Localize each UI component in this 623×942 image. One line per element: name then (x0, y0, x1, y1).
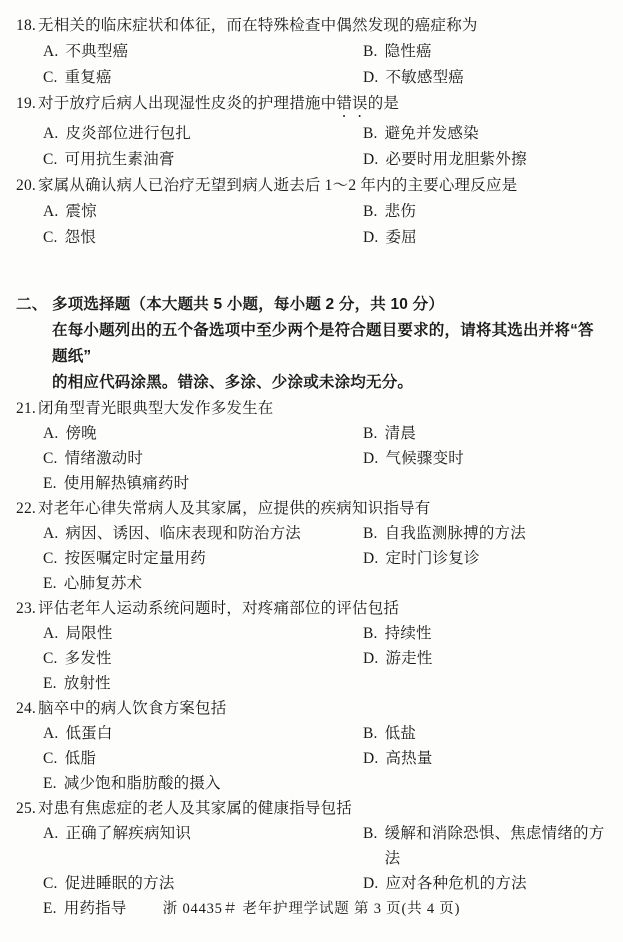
option-label: A. (43, 421, 58, 446)
option-A: A.不典型癌 (43, 39, 363, 65)
option-text: 游走性 (385, 646, 432, 671)
option-text: 悲伤 (385, 199, 416, 225)
option-B: B.清晨 (363, 421, 609, 446)
option-C: C.低脂 (43, 746, 363, 771)
options: A.不典型癌B.隐性癌C.重复癌D.不敏感型癌 (16, 39, 609, 91)
options: A.低蛋白B.低盐C.低脂D.高热量E.减少饱和脂肪酸的摄入 (16, 721, 609, 796)
section-two-instructions: 在每小题列出的五个备选项中至少两个是符合题目要求的，请将其选出并将“答题纸” 的… (16, 318, 609, 396)
option-label: D. (363, 147, 378, 173)
option-label: A. (43, 199, 58, 225)
option-label: B. (363, 721, 378, 746)
question-stem: 对于放疗后病人出现湿性皮炎的护理措施中错误的是 (38, 91, 609, 121)
option-label: C. (43, 646, 58, 671)
option-text: 不典型癌 (65, 39, 128, 65)
option-text: 清晨 (385, 421, 416, 446)
option-text: 高热量 (385, 746, 432, 771)
option-E: E.放射性 (43, 671, 609, 696)
option-text: 减少饱和脂肪酸的摄入 (64, 771, 221, 796)
option-label: A. (43, 521, 58, 546)
question-stem-row: 22.对老年心律失常病人及其家属，应提供的疾病知识指导有 (16, 496, 609, 521)
option-label: B. (363, 39, 378, 65)
question-18: 18.无相关的临床症状和体征，而在特殊检查中偶然发现的癌症称为A.不典型癌B.隐… (16, 13, 609, 91)
option-text: 定时门诊复诊 (385, 546, 479, 571)
option-D: D.高热量 (363, 746, 609, 771)
footer-text: 浙 04435＃ 老年护理学试题 第 3 页(共 4 页) (163, 901, 460, 917)
option-label: C. (43, 446, 58, 471)
question-stem-row: 25.对患有焦虑症的老人及其家属的健康指导包括 (16, 796, 609, 821)
option-label: A. (43, 621, 58, 646)
question-21: 21.闭角型青光眼典型大发作多发生在A.傍晚B.清晨C.情绪激动时D.气候骤变时… (16, 396, 609, 496)
question-number: 19. (16, 91, 38, 121)
option-text: 傍晚 (65, 421, 96, 446)
option-E: E.减少饱和脂肪酸的摄入 (43, 771, 609, 796)
option-label: D. (363, 546, 378, 571)
question-stem: 闭角型青光眼典型大发作多发生在 (38, 396, 609, 421)
option-A: A.低蛋白 (43, 721, 363, 746)
question-number: 21. (16, 396, 38, 421)
option-C: C.重复癌 (43, 65, 363, 91)
option-label: C. (43, 225, 58, 251)
option-A: A.正确了解疾病知识 (43, 821, 363, 871)
question-number: 25. (16, 796, 38, 821)
page-footer: 浙 04435＃ 老年护理学试题 第 3 页(共 4 页) (0, 897, 623, 918)
option-label: D. (363, 871, 378, 896)
option-B: B.持续性 (363, 621, 609, 646)
option-text: 隐性癌 (385, 39, 432, 65)
section-number: 二、 (16, 292, 52, 318)
option-B: B.自我监测脉搏的方法 (363, 521, 609, 546)
option-text: 低盐 (385, 721, 416, 746)
option-label: D. (363, 225, 378, 251)
option-B: B.隐性癌 (363, 39, 609, 65)
option-A: A.震惊 (43, 199, 363, 225)
option-text: 避免并发感染 (385, 121, 479, 147)
option-label: B. (363, 421, 378, 446)
option-text: 不敏感型癌 (385, 65, 464, 91)
option-text: 低蛋白 (65, 721, 112, 746)
option-text: 皮炎部位进行包扎 (65, 121, 191, 147)
option-text: 正确了解疾病知识 (65, 821, 191, 871)
option-label: C. (43, 147, 58, 173)
option-B: B.悲伤 (363, 199, 609, 225)
option-label: D. (363, 646, 378, 671)
option-D: D.气候骤变时 (363, 446, 609, 471)
multi-choice-questions-block: 21.闭角型青光眼典型大发作多发生在A.傍晚B.清晨C.情绪激动时D.气候骤变时… (16, 396, 609, 921)
question-stem-row: 24.脑卒中的病人饮食方案包括 (16, 696, 609, 721)
option-label: B. (363, 199, 378, 225)
option-text: 委屈 (385, 225, 416, 251)
options: A.震惊B.悲伤C.怨恨D.委屈 (16, 199, 609, 251)
option-text: 可用抗生素油膏 (65, 147, 175, 173)
question-24: 24.脑卒中的病人饮食方案包括A.低蛋白B.低盐C.低脂D.高热量E.减少饱和脂… (16, 696, 609, 796)
option-text: 持续性 (385, 621, 432, 646)
option-text: 使用解热镇痛药时 (64, 471, 190, 496)
option-label: E. (43, 471, 57, 496)
question-20: 20.家属从确认病人已治疗无望到病人逝去后 1～2 年内的主要心理反应是A.震惊… (16, 173, 609, 251)
option-label: B. (363, 121, 378, 147)
option-text: 自我监测脉搏的方法 (385, 521, 526, 546)
question-stem-row: 18.无相关的临床症状和体征，而在特殊检查中偶然发现的癌症称为 (16, 13, 609, 39)
option-text: 情绪激动时 (65, 446, 144, 471)
option-text: 震惊 (65, 199, 96, 225)
option-C: C.怨恨 (43, 225, 363, 251)
option-text: 心肺复苏术 (64, 571, 143, 596)
question-stem: 无相关的临床症状和体征，而在特殊检查中偶然发现的癌症称为 (38, 13, 609, 39)
option-D: D.应对各种危机的方法 (363, 871, 609, 896)
option-text: 气候骤变时 (385, 446, 464, 471)
option-B: B.低盐 (363, 721, 609, 746)
option-B: B.避免并发感染 (363, 121, 609, 147)
option-label: C. (43, 546, 58, 571)
option-text: 必要时用龙胆紫外擦 (385, 147, 526, 173)
question-number: 18. (16, 13, 38, 39)
option-text: 多发性 (65, 646, 112, 671)
option-label: A. (43, 121, 58, 147)
question-22: 22.对老年心律失常病人及其家属，应提供的疾病知识指导有A.病因、诱因、临床表现… (16, 496, 609, 596)
option-label: C. (43, 746, 58, 771)
options: A.病因、诱因、临床表现和防治方法B.自我监测脉搏的方法C.按医嘱定时定量用药D… (16, 521, 609, 596)
question-stem-row: 21.闭角型青光眼典型大发作多发生在 (16, 396, 609, 421)
options: A.傍晚B.清晨C.情绪激动时D.气候骤变时E.使用解热镇痛药时 (16, 421, 609, 496)
option-A: A.病因、诱因、临床表现和防治方法 (43, 521, 363, 546)
option-E: E.使用解热镇痛药时 (43, 471, 609, 496)
instruction-line-2: 的相应代码涂黑。错涂、多涂、少涂或未涂均无分。 (52, 370, 609, 396)
option-D: D.不敏感型癌 (363, 65, 609, 91)
section-two-heading: 二、 多项选择题（本大题共 5 小题，每小题 2 分，共 10 分） (16, 292, 609, 318)
option-text: 怨恨 (65, 225, 96, 251)
options: A.局限性B.持续性C.多发性D.游走性E.放射性 (16, 621, 609, 696)
option-A: A.局限性 (43, 621, 363, 646)
option-C: C.按医嘱定时定量用药 (43, 546, 363, 571)
section-title: 多项选择题（本大题共 5 小题，每小题 2 分，共 10 分） (52, 292, 444, 318)
option-C: C.可用抗生素油膏 (43, 147, 363, 173)
option-label: A. (43, 821, 58, 871)
option-C: C.多发性 (43, 646, 363, 671)
exam-page: 18.无相关的临床症状和体征，而在特殊检查中偶然发现的癌症称为A.不典型癌B.隐… (0, 0, 623, 942)
question-stem: 对患有焦虑症的老人及其家属的健康指导包括 (38, 796, 609, 821)
option-label: A. (43, 39, 58, 65)
option-B: B.缓解和消除恐惧、焦虑情绪的方法 (363, 821, 609, 871)
option-text: 病因、诱因、临床表现和防治方法 (65, 521, 301, 546)
question-number: 20. (16, 173, 38, 199)
option-E: E.心肺复苏术 (43, 571, 609, 596)
option-label: E. (43, 771, 57, 796)
instruction-line-1: 在每小题列出的五个备选项中至少两个是符合题目要求的，请将其选出并将“答题纸” (52, 318, 609, 370)
question-23: 23.评估老年人运动系统问题时，对疼痛部位的评估包括A.局限性B.持续性C.多发… (16, 596, 609, 696)
options: A.皮炎部位进行包扎B.避免并发感染C.可用抗生素油膏D.必要时用龙胆紫外擦 (16, 121, 609, 173)
option-label: D. (363, 446, 378, 471)
question-stem: 评估老年人运动系统问题时，对疼痛部位的评估包括 (38, 596, 609, 621)
option-A: A.皮炎部位进行包扎 (43, 121, 363, 147)
stem-emphasis: 错误 (336, 95, 367, 112)
option-label: B. (363, 521, 378, 546)
question-stem-row: 23.评估老年人运动系统问题时，对疼痛部位的评估包括 (16, 596, 609, 621)
option-text: 局限性 (65, 621, 112, 646)
question-number: 24. (16, 696, 38, 721)
option-label: D. (363, 746, 378, 771)
option-label: E. (43, 571, 57, 596)
option-text: 应对各种危机的方法 (385, 871, 526, 896)
option-text: 重复癌 (65, 65, 112, 91)
option-A: A.傍晚 (43, 421, 363, 446)
option-D: D.必要时用龙胆紫外擦 (363, 147, 609, 173)
question-stem: 对老年心律失常病人及其家属，应提供的疾病知识指导有 (38, 496, 609, 521)
option-label: B. (363, 621, 378, 646)
option-text: 放射性 (64, 671, 111, 696)
single-choice-questions-block: 18.无相关的临床症状和体征，而在特殊检查中偶然发现的癌症称为A.不典型癌B.隐… (16, 13, 609, 251)
option-label: C. (43, 871, 58, 896)
question-19: 19.对于放疗后病人出现湿性皮炎的护理措施中错误的是A.皮炎部位进行包扎B.避免… (16, 91, 609, 173)
option-label: B. (363, 821, 378, 871)
option-text: 促进睡眠的方法 (65, 871, 175, 896)
question-stem: 家属从确认病人已治疗无望到病人逝去后 1～2 年内的主要心理反应是 (38, 173, 609, 199)
option-text: 缓解和消除恐惧、焦虑情绪的方法 (385, 821, 609, 871)
option-D: D.定时门诊复诊 (363, 546, 609, 571)
option-text: 低脂 (65, 746, 96, 771)
option-D: D.游走性 (363, 646, 609, 671)
option-label: E. (43, 671, 57, 696)
option-text: 按医嘱定时定量用药 (65, 546, 206, 571)
option-label: C. (43, 65, 58, 91)
question-stem-row: 19.对于放疗后病人出现湿性皮炎的护理措施中错误的是 (16, 91, 609, 121)
option-label: D. (363, 65, 378, 91)
question-number: 23. (16, 596, 38, 621)
option-label: A. (43, 721, 58, 746)
option-C: C.促进睡眠的方法 (43, 871, 363, 896)
option-C: C.情绪激动时 (43, 446, 363, 471)
question-stem-row: 20.家属从确认病人已治疗无望到病人逝去后 1～2 年内的主要心理反应是 (16, 173, 609, 199)
question-stem: 脑卒中的病人饮食方案包括 (38, 696, 609, 721)
question-number: 22. (16, 496, 38, 521)
option-D: D.委屈 (363, 225, 609, 251)
